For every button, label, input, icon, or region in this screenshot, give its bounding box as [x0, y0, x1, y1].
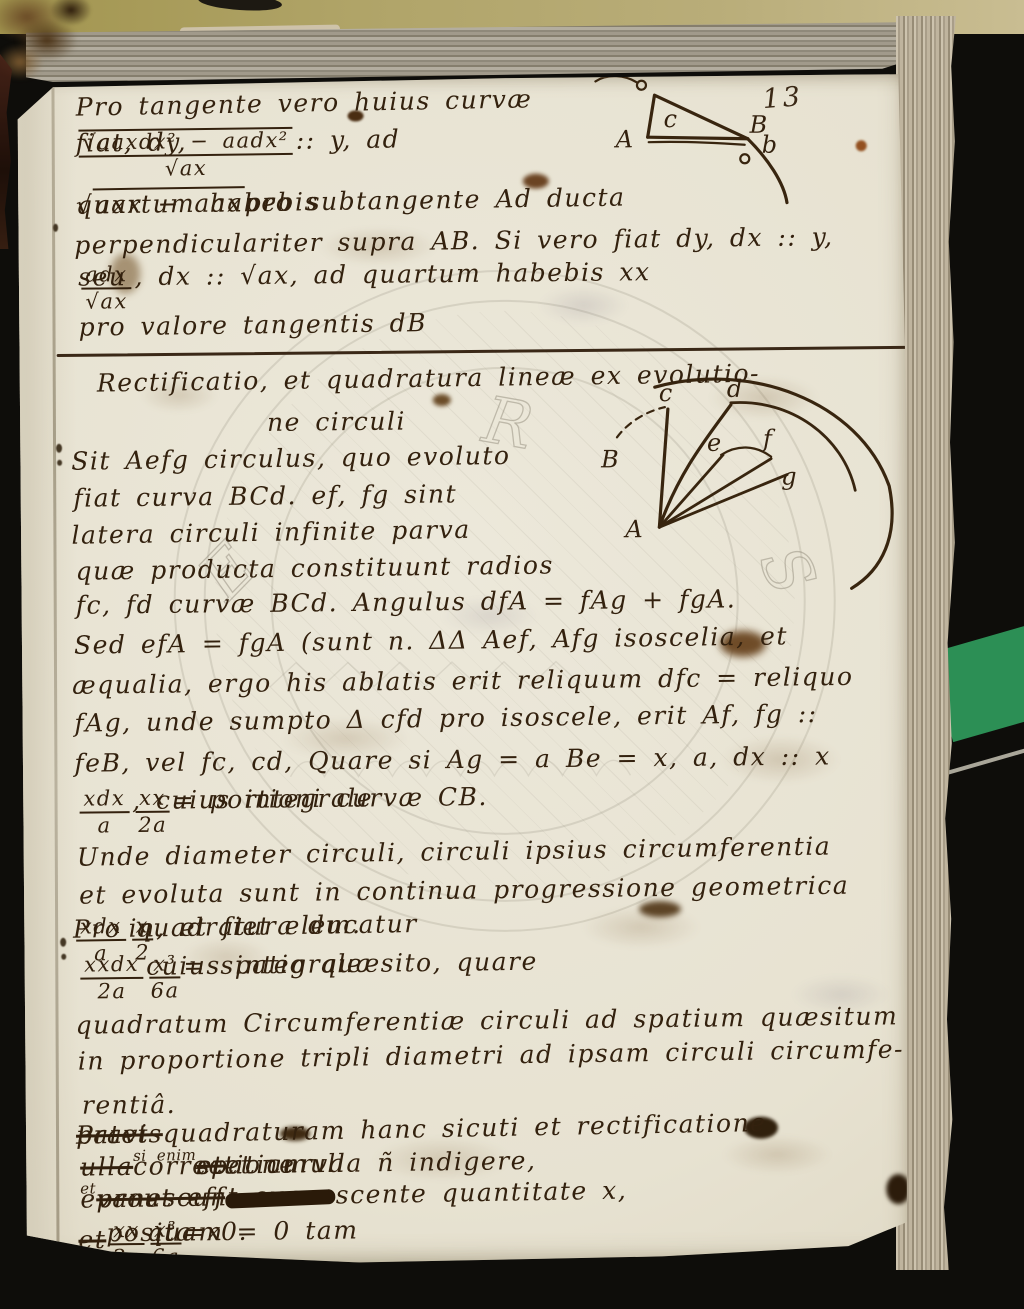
- line-fiat-dy: fiat, dy, √aaxdx² − aadx²√ax :: y, ad: [75, 127, 296, 181]
- line-et-posita: et posita x = 0 tam xx2a quam x³6a = 0.: [78, 1218, 184, 1269]
- manuscript-text-layer: Pro tangente vero huius curvæfiat, dy, √…: [17, 74, 910, 1264]
- spine-edge: [0, 54, 12, 249]
- manuscript-photograph: E R S T 13: [0, 0, 1024, 1309]
- headband-fray: [50, 0, 92, 26]
- line-correctione: ulla correctione ulla ñ indigere, si eni…: [80, 1152, 225, 1183]
- line-evanescunt: evanescunt evanescente quantitate x, etp…: [80, 1181, 335, 1214]
- manuscript-page: E R S T 13: [17, 74, 910, 1264]
- line-xdx-integrale: xdxa, cuius integrale xx2a = portioni cu…: [76, 787, 173, 837]
- page-edge-highlight: [946, 741, 1024, 775]
- line-quartum-habebis: quartum habebis √axx − aax pro subtangen…: [76, 189, 245, 220]
- line-seu-adx: seu adx√ax, dx :: √ax, ad quartum habebi…: [78, 263, 135, 313]
- line-xxdx-integrale: xxdx2a cuius integrale x³6a = spatio quæ…: [77, 952, 184, 1003]
